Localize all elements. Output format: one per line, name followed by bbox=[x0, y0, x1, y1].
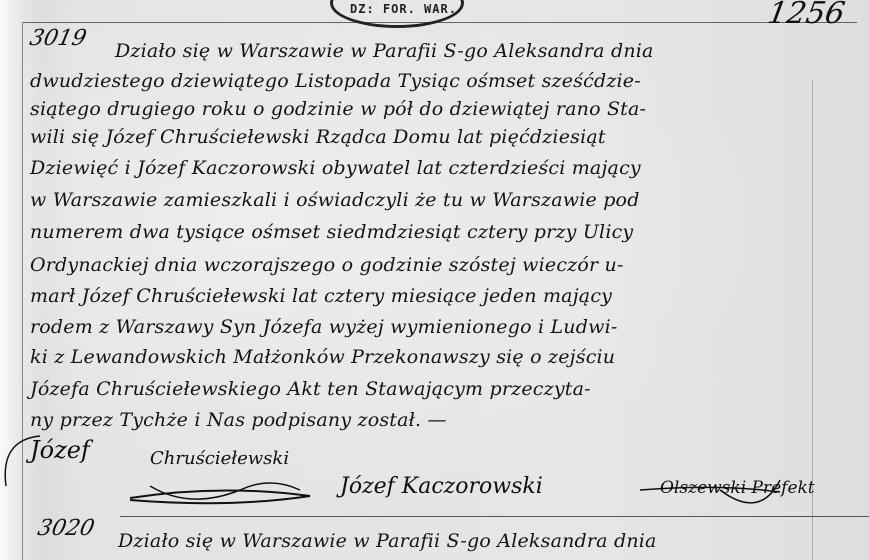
document-scan: DZ: FOR. WAR. 1256 3019 Działo się w War… bbox=[0, 0, 869, 560]
record-line: marł Józef Chruściełewski lat cztery mie… bbox=[30, 285, 612, 307]
record-line: rodem z Warszawy Syn Józefa wyżej wymien… bbox=[30, 316, 617, 338]
folio-number: 1256 bbox=[765, 0, 848, 31]
record-line: Józefa Chruściełewskiego Akt ten Stawają… bbox=[30, 378, 591, 400]
archive-stamp-text: DZ: FOR. WAR. bbox=[350, 2, 457, 16]
record-line: Działo się w Warszawie w Parafii S-go Al… bbox=[115, 40, 654, 62]
signature-flourishes bbox=[0, 420, 869, 520]
record-line: dwudziestego dziewiątego Listopada Tysią… bbox=[30, 70, 641, 92]
record-line: numerem dwa tysiące ośmset siedmdziesiąt… bbox=[30, 221, 633, 243]
entry-number: 3020 bbox=[35, 516, 96, 541]
record-line: wili się Józef Chruściełewski Rządca Dom… bbox=[30, 126, 606, 148]
record-line: ki z Lewandowskich Małżonków Przekonawsz… bbox=[30, 346, 615, 368]
record-line: Działo się w Warszawie w Parafii S-go Al… bbox=[118, 530, 657, 552]
record-line: Ordynackiej dnia wczorajszego o godzinie… bbox=[30, 254, 624, 276]
entry-number: 3019 bbox=[27, 26, 88, 51]
record-line: w Warszawie zamieszkali i oświadczyli że… bbox=[30, 189, 640, 211]
record-line: Dziewięć i Józef Kaczorowski obywatel la… bbox=[30, 157, 641, 179]
record-line: siątego drugiego roku o godzinie w pół d… bbox=[30, 98, 646, 120]
